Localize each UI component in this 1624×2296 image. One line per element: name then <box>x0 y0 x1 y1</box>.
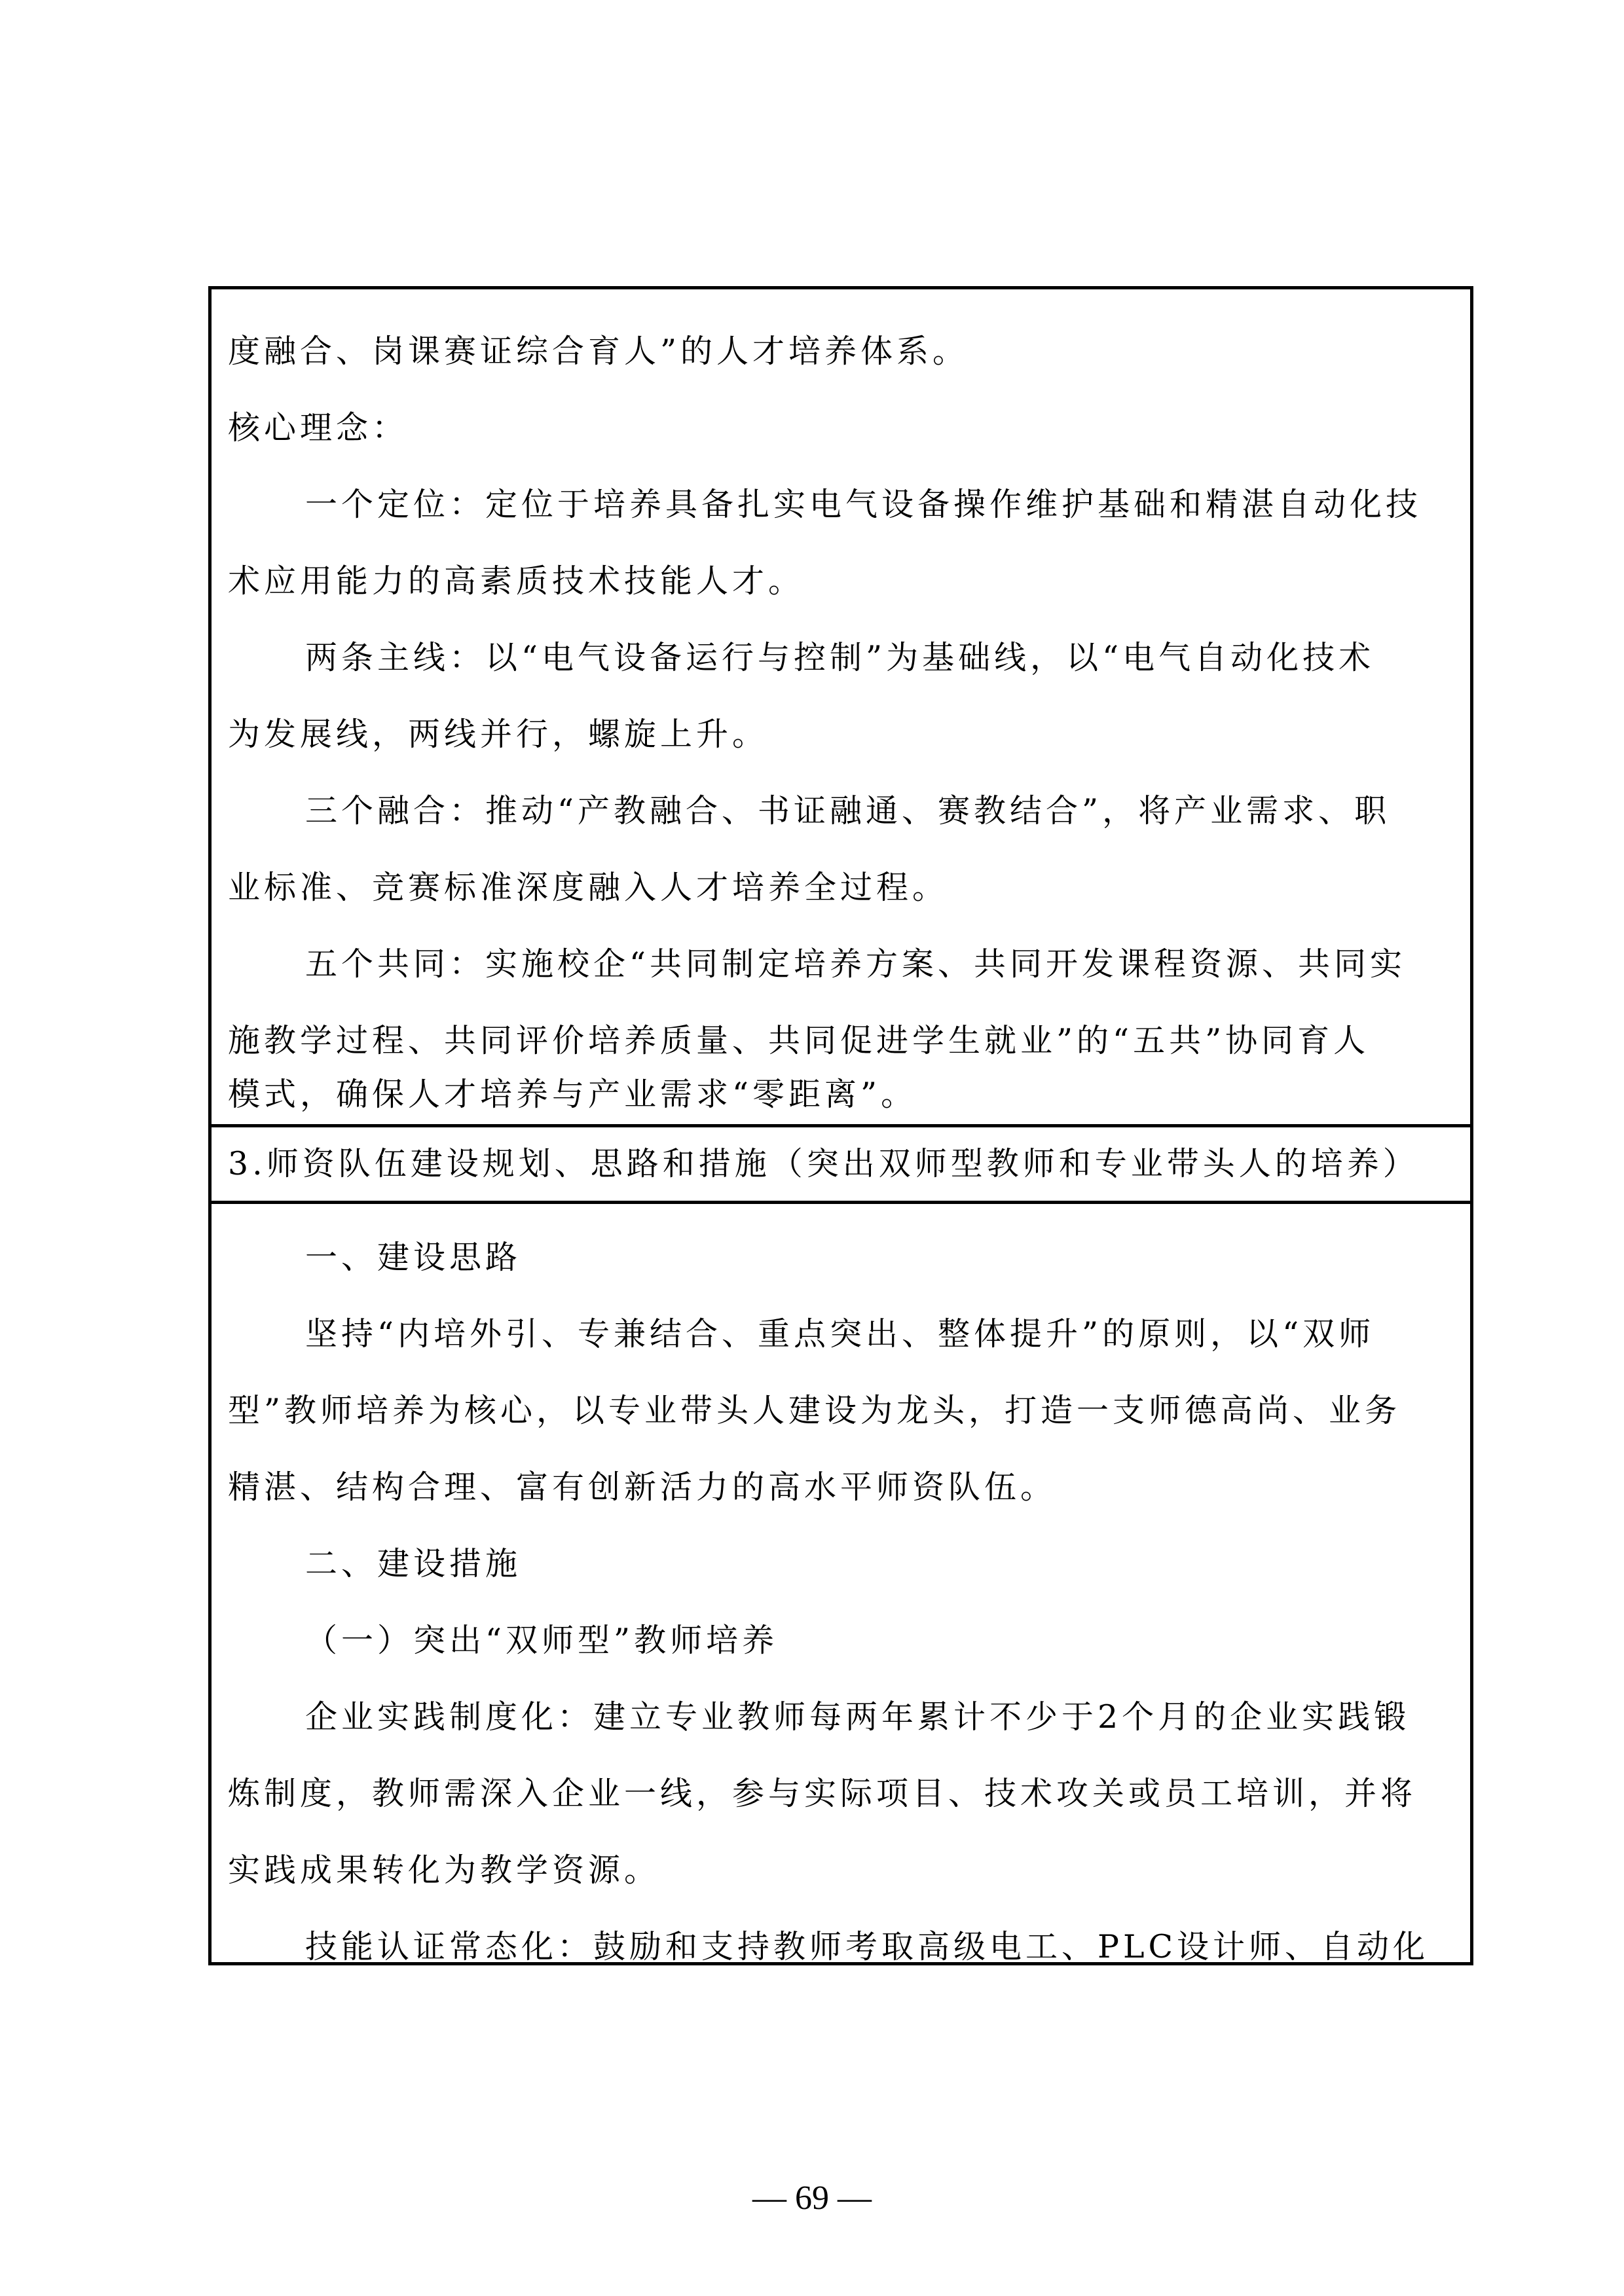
content-table: 度融合、岗课赛证综合育人”的人才培养体系。 核心理念： 一个定位：定位于培养具备… <box>208 286 1473 1965</box>
paragraph-line: 实践成果转化为教学资源。 <box>228 1844 1470 1897</box>
subheading-construction-idea: 一、建设思路 <box>305 1231 1470 1284</box>
paragraph-line: 度融合、岗课赛证综合育人”的人才培养体系。 <box>228 325 1470 378</box>
paragraph-line: 一个定位：定位于培养具备扎实电气设备操作维护基础和精湛自动化技 <box>305 479 1470 531</box>
paragraph-line: 精湛、结构合理、富有创新活力的高水平师资队伍。 <box>228 1461 1470 1514</box>
paragraph-line: 业标准、竞赛标准深度融入人才培养全过程。 <box>228 862 1470 914</box>
talent-training-concept-cell: 度融合、岗课赛证综合育人”的人才培养体系。 核心理念： 一个定位：定位于培养具备… <box>212 289 1470 1124</box>
paragraph-line: 坚持“内培外引、专兼结合、重点突出、整体提升”的原则，以“双师 <box>305 1308 1470 1360</box>
paragraph-line: 施教学过程、共同评价培养质量、共同促进学生就业”的“五共”协同育人 <box>228 1015 1470 1067</box>
subheading-dual-teacher: （一）突出“双师型”教师培养 <box>305 1614 1470 1667</box>
section-heading: 3.师资队伍建设规划、思路和措施（突出双师型教师和专业带头人的培养） <box>228 1138 1470 1190</box>
section-heading-cell: 3.师资队伍建设规划、思路和措施（突出双师型教师和专业带头人的培养） <box>212 1124 1470 1204</box>
paragraph-line: 五个共同：实施校企“共同制定培养方案、共同开发课程资源、共同实 <box>305 938 1470 991</box>
subheading-construction-measures: 二、建设措施 <box>305 1538 1470 1590</box>
paragraph-line: 术应用能力的高素质技术技能人才。 <box>228 555 1470 608</box>
paragraph-line: 三个融合：推动“产教融合、书证融通、赛教结合”，将产业需求、职 <box>305 785 1470 837</box>
core-concept-label: 核心理念： <box>228 402 1470 454</box>
paragraph-line: 企业实践制度化：建立专业教师每两年累计不少于2个月的企业实践锻 <box>305 1691 1470 1743</box>
paragraph-line: 技能认证常态化：鼓励和支持教师考取高级电工、PLC设计师、自动化 <box>305 1921 1470 1973</box>
paragraph-line: 型”教师培养为核心，以专业带头人建设为龙头，打造一支师德高尚、业务 <box>228 1385 1470 1437</box>
paragraph-line: 为发展线，两线并行，螺旋上升。 <box>228 708 1470 761</box>
paragraph-line: 两条主线：以“电气设备运行与控制”为基础线，以“电气自动化技术 <box>305 632 1470 684</box>
page-number: — 69 — <box>0 2172 1624 2225</box>
paragraph-line: 炼制度，教师需深入企业一线，参与实际项目、技术攻关或员工培训，并将 <box>228 1768 1470 1820</box>
faculty-plan-cell: 一、建设思路 坚持“内培外引、专兼结合、重点突出、整体提升”的原则，以“双师 型… <box>212 1204 1470 1962</box>
paragraph-line: 模式，确保人才培养与产业需求“零距离”。 <box>228 1068 1470 1121</box>
